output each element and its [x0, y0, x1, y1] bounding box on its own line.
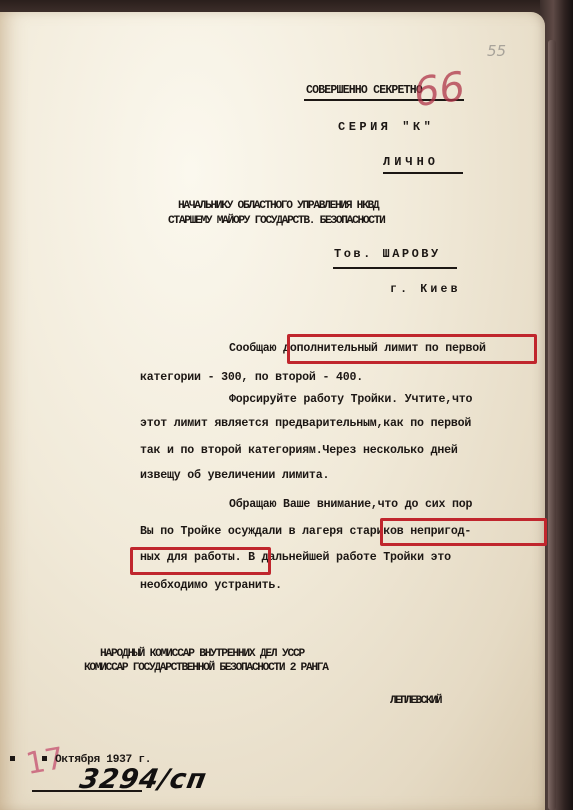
- body-line-4: этот лимит является предварительным,как …: [140, 417, 471, 430]
- body-line-7: Обращаю Ваше внимание,что до сих пор: [229, 498, 472, 511]
- reference-underline: [32, 790, 142, 792]
- document-page: 55 СОВЕРШЕННО СЕКРЕТНО 66 СЕРИЯ "К" ЛИЧН…: [0, 12, 545, 810]
- body-line-3: Форсируйте работу Тройки. Учтите,что: [229, 393, 472, 406]
- body-text: Вы по Тройке осуждали в лагеря: [140, 525, 349, 538]
- signer-name: ЛЕПЛЕВСКИЙ: [390, 695, 441, 707]
- classification-header: СОВЕРШЕННО СЕКРЕТНО: [306, 84, 422, 97]
- signature-title-2: КОМИССАР ГОСУДАРСТВЕННОЙ БЕЗОПАСНОСТИ 2 …: [84, 662, 328, 674]
- signature-title-1: НАРОДНЫЙ КОМИССАР ВНУТРЕННИХ ДЕЛ УССР: [100, 648, 304, 660]
- body-line-5: так и по второй категориям.Через несколь…: [140, 444, 458, 457]
- body-line-10: необходимо устранить.: [140, 579, 282, 592]
- highlight-box-elderly: [380, 518, 547, 546]
- highlight-box-unfit: [130, 547, 271, 575]
- handwritten-annotation: 66: [411, 64, 468, 117]
- series-label: СЕРИЯ "К": [338, 120, 434, 134]
- addressee-name: Тов. ШАРОВУ: [334, 247, 441, 261]
- highlight-box-limit: [287, 334, 537, 364]
- addressee-line-2: СТАРШЕМУ МАЙОРУ ГОСУДАРСТВ. БЕЗОПАСНОСТИ: [168, 215, 385, 227]
- date-bullet: [10, 756, 15, 761]
- sheet-number: 55: [487, 42, 506, 60]
- body-line-6: извещу об увеличении лимита.: [140, 469, 329, 482]
- personal-label: ЛИЧНО: [383, 155, 439, 169]
- addressee-line-1: НАЧАЛЬНИКУ ОБЛАСТНОГО УПРАВЛЕНИЯ НКВД: [178, 200, 378, 212]
- folder-edge: [548, 40, 556, 810]
- body-line-2: категории - 300, по второй - 400.: [140, 371, 363, 384]
- addressee-underline: [333, 267, 457, 269]
- addressee-city: г. Киев: [390, 283, 461, 296]
- personal-underline: [383, 172, 463, 174]
- body-text: В дальнейшей работе Тройки это: [241, 551, 450, 564]
- body-text: Сообщаю: [229, 342, 283, 355]
